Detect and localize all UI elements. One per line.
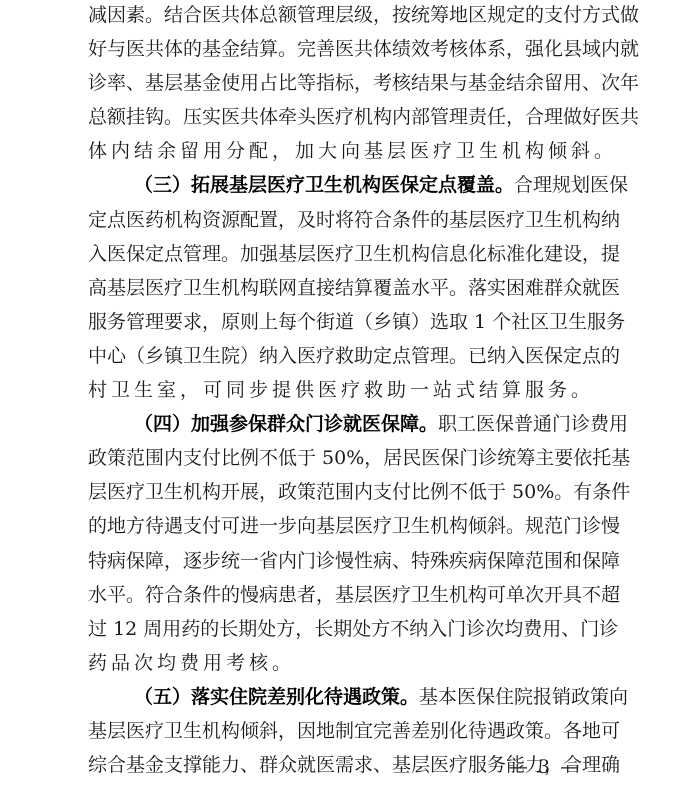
page-number: — 3 — — [490, 754, 600, 780]
text-line: 诊率、基层基金使用占比等指标，考核结果与基金结余留用、次年 — [88, 66, 594, 100]
text-span: 职工医保普通门诊费用 — [438, 413, 628, 435]
paragraph-continued: 减因素。结合医共体总额管理层级，按统筹地区规定的支付方式做 好与医共体的基金结算… — [88, 0, 594, 168]
text-span: 合理规划医保 — [514, 174, 628, 196]
text-line: 定点医药机构资源配置，及时将符合条件的基层医疗卫生机构纳 — [88, 203, 594, 237]
paragraph-section-4: （四）加强参保群众门诊就医保障。职工医保普通门诊费用 政策范围内支付比例不低于 … — [88, 407, 594, 680]
text-line: 好与医共体的基金结算。完善医共体绩效考核体系，强化县域内就 — [88, 32, 594, 66]
text-line: 基层医疗卫生机构倾斜，因地制宜完善差别化待遇政策。各地可 — [88, 714, 594, 748]
text-span: 基本医保住院报销政策向 — [419, 686, 628, 708]
document-page: 减因素。结合医共体总额管理层级，按统筹地区规定的支付方式做 好与医共体的基金结算… — [0, 0, 680, 790]
text-line: 减因素。结合医共体总额管理层级，按统筹地区规定的支付方式做 — [88, 0, 594, 32]
section-heading: （三）拓展基层医疗卫生机构医保定点覆盖。 — [134, 174, 514, 196]
text-line: 的地方待遇支付可进一步向基层医疗卫生机构倾斜。规范门诊慢 — [88, 509, 594, 543]
section-heading: （四）加强参保群众门诊就医保障。 — [134, 413, 438, 435]
text-line: 中心（乡镇卫生院）纳入医疗救助定点管理。已纳入医保定点的 — [88, 339, 594, 373]
paragraph-section-3: （三）拓展基层医疗卫生机构医保定点覆盖。合理规划医保 定点医药机构资源配置，及时… — [88, 168, 594, 407]
text-line: 入医保定点管理。加强基层医疗卫生机构信息化标准化建设，提 — [88, 237, 594, 271]
section-heading: （五）落实住院差别化待遇政策。 — [134, 686, 419, 708]
text-line: 特病保障，逐步统一省内门诊慢性病、特殊疾病保障范围和保障 — [88, 544, 594, 578]
text-line: 药品次均费用考核。 — [88, 646, 594, 680]
text-line: 高基层医疗卫生机构联网直接结算覆盖水平。落实困难群众就医 — [88, 271, 594, 305]
text-line: 总额挂钩。压实医共体牵头医疗机构内部管理责任，合理做好医共 — [88, 100, 594, 134]
text-line: 村卫生室，可同步提供医疗救助一站式结算服务。 — [88, 373, 594, 407]
paragraph-first-line: （三）拓展基层医疗卫生机构医保定点覆盖。合理规划医保 — [88, 168, 594, 202]
text-line: 过 12 周用药的长期处方，长期处方不纳入门诊次均费用、门诊 — [88, 612, 594, 646]
text-line: 层医疗卫生机构开展，政策范围内支付比例不低于 50%。有条件 — [88, 475, 594, 509]
text-line: 水平。符合条件的慢病患者，基层医疗卫生机构可单次开具不超 — [88, 578, 594, 612]
text-line: 政策范围内支付比例不低于 50%，居民医保门诊统筹主要依托基 — [88, 441, 594, 475]
paragraph-first-line: （五）落实住院差别化待遇政策。基本医保住院报销政策向 — [88, 680, 594, 714]
text-line: 体内结余留用分配，加大向基层医疗卫生机构倾斜。 — [88, 134, 594, 168]
body-text: 减因素。结合医共体总额管理层级，按统筹地区规定的支付方式做 好与医共体的基金结算… — [88, 0, 594, 782]
paragraph-first-line: （四）加强参保群众门诊就医保障。职工医保普通门诊费用 — [88, 407, 594, 441]
text-line: 服务管理要求，原则上每个街道（乡镇）选取 1 个社区卫生服务 — [88, 305, 594, 339]
